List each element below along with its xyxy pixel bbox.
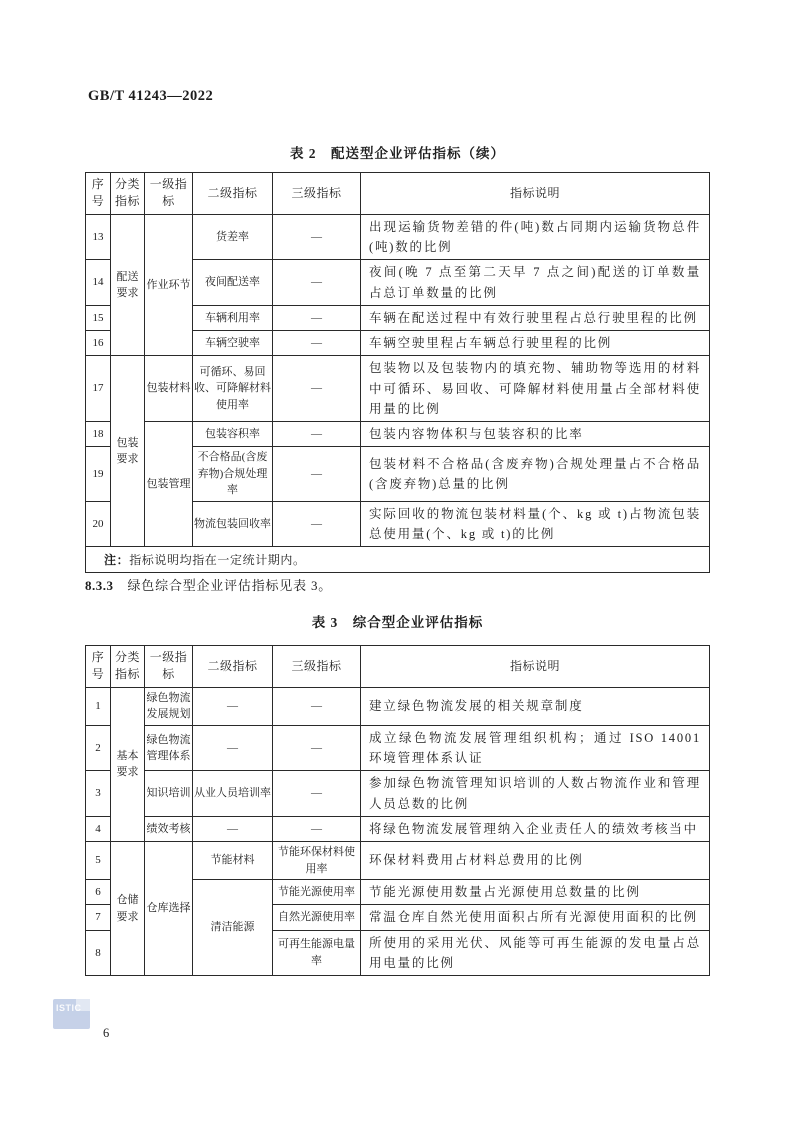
table-row: 18包装管理包装容积率—包装内容物体积与包装容积的比率 <box>86 422 710 447</box>
table-cell: 作业环节 <box>145 214 193 356</box>
table-cell: 13 <box>86 214 111 260</box>
table-cell: 夜间配送率 <box>193 260 273 306</box>
table-cell: 包装材料 <box>145 356 193 422</box>
table-cell: 节能材料 <box>193 842 273 880</box>
table-3-title: 表 3 综合型企业评估指标 <box>85 611 710 631</box>
table-cell: 4 <box>86 816 111 841</box>
table-cell: 7 <box>86 905 111 930</box>
indicator-description-cell: 将绿色物流发展管理纳入企业责任人的绩效考核当中 <box>361 816 710 841</box>
indicator-description-cell: 成立绿色物流发展管理组织机构；通过 ISO 14001 环境管理体系认证 <box>361 725 710 771</box>
table-cell: 19 <box>86 447 111 502</box>
table-2-title: 表 2 配送型企业评估指标（续） <box>85 142 710 162</box>
table-cell: 节能光源使用率 <box>273 880 361 905</box>
indicator-description-cell: 所使用的采用光伏、风能等可再生能源的发电量占总用电量的比例 <box>361 930 710 976</box>
table-row: 4绩效考核——将绿色物流发展管理纳入企业责任人的绩效考核当中 <box>86 816 710 841</box>
table-3-comprehensive-enterprise-indicators: 序号分类指标一级指标二级指标三级指标指标说明1基本要求绿色物流发展规划——建立绿… <box>85 645 710 976</box>
table-cell: 20 <box>86 501 111 547</box>
document-page: GB/T 41243—2022 表 2 配送型企业评估指标（续） 序号分类指标一… <box>0 0 794 1123</box>
table-note-row: 注：指标说明均指在一定统计期内。 <box>86 547 710 573</box>
logo-text: ISTIC <box>56 1003 82 1013</box>
column-header: 三级指标 <box>273 646 361 688</box>
table-cell: — <box>273 305 361 330</box>
header-row: 序号分类指标一级指标二级指标三级指标指标说明 <box>86 646 710 688</box>
table-cell: 可再生能源电量率 <box>273 930 361 976</box>
indicator-description-cell: 包装材料不合格品(含废弃物)合规处理量占不合格品(含废弃物)总量的比例 <box>361 447 710 502</box>
table-cell: 16 <box>86 331 111 356</box>
table-cell: 3 <box>86 771 111 817</box>
istic-watermark-logo: ISTIC <box>53 999 90 1029</box>
table-cell: — <box>273 356 361 422</box>
table-cell: 5 <box>86 842 111 880</box>
indicator-description-cell: 环保材料费用占材料总费用的比例 <box>361 842 710 880</box>
table-row: 5仓储要求仓库选择节能材料节能环保材料使用率环保材料费用占材料总费用的比例 <box>86 842 710 880</box>
indicator-description-cell: 节能光源使用数量占光源使用总数量的比例 <box>361 880 710 905</box>
table-cell: — <box>273 214 361 260</box>
column-header: 分类指标 <box>111 646 145 688</box>
header-row: 序号分类指标一级指标二级指标三级指标指标说明 <box>86 173 710 215</box>
table-cell: 18 <box>86 422 111 447</box>
table-cell: 车辆空驶率 <box>193 331 273 356</box>
indicator-description-cell: 包装物以及包装物内的填充物、辅助物等选用的材料中可循环、易回收、可降解材料使用量… <box>361 356 710 422</box>
table-row: 2绿色物流管理体系——成立绿色物流发展管理组织机构；通过 ISO 14001 环… <box>86 725 710 771</box>
indicator-description-cell: 出现运输货物差错的件(吨)数占同期内运输货物总件(吨)数的比例 <box>361 214 710 260</box>
indicator-description-cell: 建立绿色物流发展的相关规章制度 <box>361 687 710 725</box>
table-row: 13配送要求作业环节货差率—出现运输货物差错的件(吨)数占同期内运输货物总件(吨… <box>86 214 710 260</box>
column-header: 分类指标 <box>111 173 145 215</box>
table-cell: 知识培训 <box>145 771 193 817</box>
column-header: 一级指标 <box>145 646 193 688</box>
table-cell: — <box>273 260 361 306</box>
table-cell: — <box>273 771 361 817</box>
column-header: 三级指标 <box>273 173 361 215</box>
table-cell: 2 <box>86 725 111 771</box>
clause-8-3-3: 8.3.3绿色综合型企业评估指标见表 3。 <box>85 575 332 594</box>
table-cell: 基本要求 <box>111 687 145 841</box>
column-header: 指标说明 <box>361 646 710 688</box>
table-cell: — <box>273 422 361 447</box>
table-cell: 8 <box>86 930 111 976</box>
clause-number: 8.3.3 <box>85 578 114 593</box>
table-cell: — <box>273 687 361 725</box>
table-cell: — <box>273 331 361 356</box>
column-header: 指标说明 <box>361 173 710 215</box>
table-cell: 不合格品(含废弃物)合规处理率 <box>193 447 273 502</box>
table-cell: — <box>193 725 273 771</box>
table-cell: 货差率 <box>193 214 273 260</box>
table-cell: 物流包装回收率 <box>193 501 273 547</box>
table-cell: — <box>273 447 361 502</box>
clause-text: 绿色综合型企业评估指标见表 3。 <box>128 578 333 593</box>
table-row: 1基本要求绿色物流发展规划——建立绿色物流发展的相关规章制度 <box>86 687 710 725</box>
indicator-description-cell: 夜间(晚 7 点至第二天早 7 点之间)配送的订单数量占总订单数量的比例 <box>361 260 710 306</box>
column-header: 序号 <box>86 646 111 688</box>
indicator-description-cell: 实际回收的物流包装材料量(个、kg 或 t)占物流包装总使用量(个、kg 或 t… <box>361 501 710 547</box>
table-cell: 绩效考核 <box>145 816 193 841</box>
table-cell: 节能环保材料使用率 <box>273 842 361 880</box>
table-cell: 17 <box>86 356 111 422</box>
page-number: 6 <box>103 1026 109 1041</box>
table-cell: 仓库选择 <box>145 842 193 976</box>
table-cell: 1 <box>86 687 111 725</box>
table-cell: 可循环、易回收、可降解材料使用率 <box>193 356 273 422</box>
standard-code: GB/T 41243—2022 <box>88 88 213 105</box>
table-cell: — <box>273 501 361 547</box>
table-row: 3知识培训从业人员培训率—参加绿色物流管理知识培训的人数占物流作业和管理人员总数… <box>86 771 710 817</box>
table-cell: 包装要求 <box>111 356 145 547</box>
table-cell: 绿色物流发展规划 <box>145 687 193 725</box>
table-cell: 仓储要求 <box>111 842 145 976</box>
column-header: 序号 <box>86 173 111 215</box>
table-cell: 车辆利用率 <box>193 305 273 330</box>
table-cell: 清洁能源 <box>193 880 273 976</box>
column-header: 二级指标 <box>193 646 273 688</box>
table-cell: 自然光源使用率 <box>273 905 361 930</box>
table-2-delivery-enterprise-indicators: 序号分类指标一级指标二级指标三级指标指标说明13配送要求作业环节货差率—出现运输… <box>85 172 710 573</box>
table-cell: 包装管理 <box>145 422 193 547</box>
table-note: 注：指标说明均指在一定统计期内。 <box>86 547 710 573</box>
column-header: 一级指标 <box>145 173 193 215</box>
table-cell: 绿色物流管理体系 <box>145 725 193 771</box>
table-cell: — <box>273 725 361 771</box>
table-cell: 14 <box>86 260 111 306</box>
table-cell: 从业人员培训率 <box>193 771 273 817</box>
indicator-description-cell: 参加绿色物流管理知识培训的人数占物流作业和管理人员总数的比例 <box>361 771 710 817</box>
table-cell: 包装容积率 <box>193 422 273 447</box>
table-cell: 配送要求 <box>111 214 145 356</box>
indicator-description-cell: 车辆空驶里程占车辆总行驶里程的比例 <box>361 331 710 356</box>
column-header: 二级指标 <box>193 173 273 215</box>
table-cell: 15 <box>86 305 111 330</box>
table-cell: 6 <box>86 880 111 905</box>
table-cell: — <box>273 816 361 841</box>
indicator-description-cell: 车辆在配送过程中有效行驶里程占总行驶里程的比例 <box>361 305 710 330</box>
indicator-description-cell: 常温仓库自然光使用面积占所有光源使用面积的比例 <box>361 905 710 930</box>
table-cell: — <box>193 687 273 725</box>
table-row: 17包装要求包装材料可循环、易回收、可降解材料使用率—包装物以及包装物内的填充物… <box>86 356 710 422</box>
note-label: 注： <box>104 553 129 567</box>
table-cell: — <box>193 816 273 841</box>
indicator-description-cell: 包装内容物体积与包装容积的比率 <box>361 422 710 447</box>
